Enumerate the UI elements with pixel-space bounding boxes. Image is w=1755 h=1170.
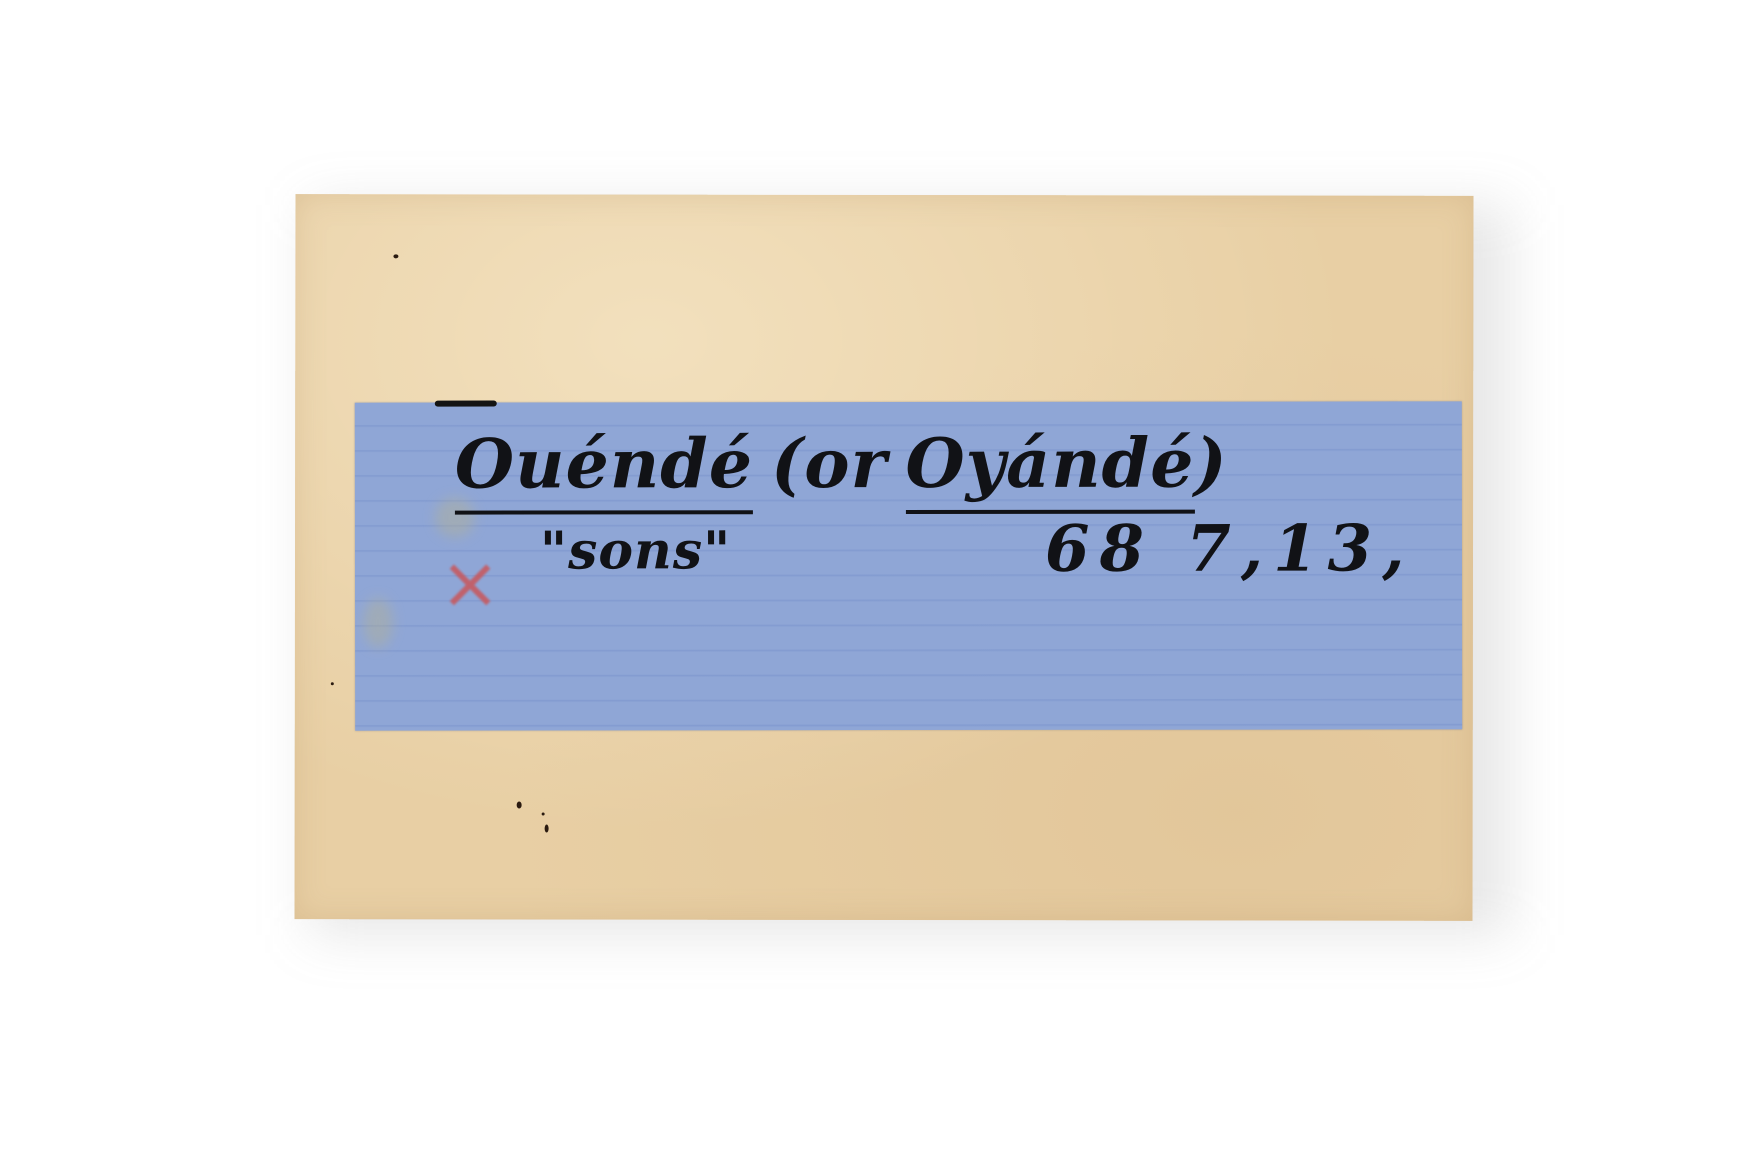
red-cross-mark-icon: × <box>435 553 505 613</box>
ink-mark <box>435 401 497 407</box>
ink-speck <box>393 254 398 258</box>
index-card: Ouéndé(orOyándé) "sons" 68 7,13, × <box>294 194 1473 921</box>
gloss: "sons" <box>540 520 731 581</box>
headword: Ouéndé <box>455 424 753 514</box>
reference-number: 68 7,13, <box>1045 511 1415 586</box>
alternate-prefix: (or <box>771 424 887 504</box>
ink-speck <box>542 813 545 816</box>
ink-speck <box>331 682 334 685</box>
paper-stain <box>363 598 393 648</box>
alternate-form: Oyándé <box>905 424 1194 514</box>
ink-speck <box>517 801 522 808</box>
alternate-suffix: ) <box>1194 424 1227 504</box>
ink-speck <box>545 825 549 833</box>
photo-stage: Ouéndé(orOyándé) "sons" 68 7,13, × <box>0 0 1755 1170</box>
blue-label: Ouéndé(orOyándé) "sons" 68 7,13, × <box>355 401 1462 730</box>
headword-line: Ouéndé(orOyándé) <box>455 424 1228 515</box>
